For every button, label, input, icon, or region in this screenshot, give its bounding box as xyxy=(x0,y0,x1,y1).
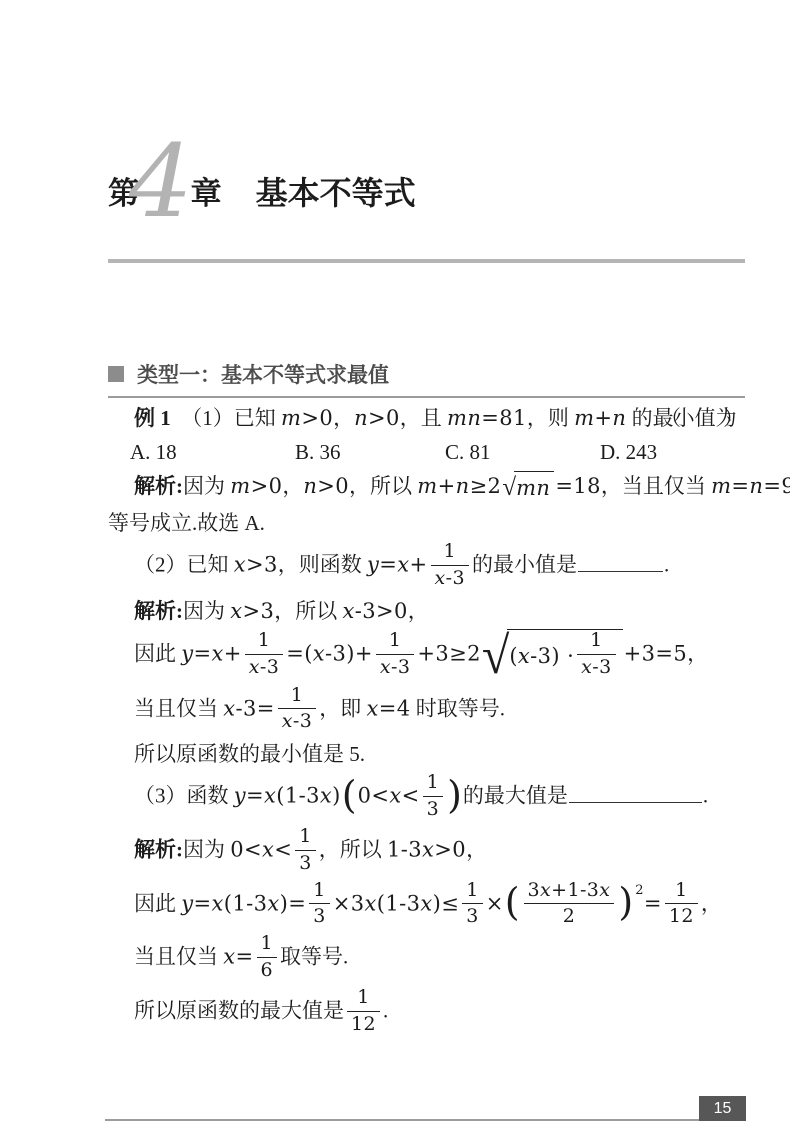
text-run: ，当且仅当 xyxy=(601,474,711,498)
choice-option: B. 36 xyxy=(295,437,445,467)
answer-parentheses: （ ） xyxy=(660,403,744,433)
math-run: × xyxy=(486,891,504,915)
math-run: n>0 xyxy=(354,406,400,430)
fraction: 13 xyxy=(295,825,316,875)
choice-option: A. 18 xyxy=(130,437,295,467)
fraction: 112 xyxy=(665,879,698,929)
text-run: ， xyxy=(466,838,487,862)
math-run: =(x-3)+ xyxy=(286,642,373,666)
text-run: 的最大值是 xyxy=(463,784,568,808)
math-run: (x-3) · xyxy=(509,641,574,671)
text-run: ，则函数 xyxy=(278,553,367,577)
big-paren-open: ( xyxy=(505,880,520,924)
fraction: 1x-3 xyxy=(431,540,469,590)
textbook-page: 第 4 章 基本不等式 类型一：基本不等式求最值 例 1 （1）已知 m>0，n… xyxy=(0,0,790,1127)
choice-options-row: A. 18B. 36C. 81D. 243 xyxy=(108,437,748,467)
math-run: = xyxy=(644,891,662,915)
text-run: ，则 xyxy=(527,406,574,430)
text-run: . xyxy=(703,784,708,808)
content-line: 等号成立.故选 A. xyxy=(108,508,748,538)
fraction: 1x-3 xyxy=(376,629,414,679)
fraction: 13 xyxy=(309,879,330,929)
square-bullet-icon xyxy=(108,366,124,382)
radicand: mn xyxy=(514,471,554,503)
text-run: 取等号. xyxy=(280,945,348,969)
chapter-suffix: 章 xyxy=(191,168,222,213)
chapter-header: 第 4 章 基本不等式 xyxy=(108,168,745,263)
text-run: ， xyxy=(701,891,722,915)
math-run: m>0 xyxy=(230,474,282,498)
superscript: 2 xyxy=(635,883,644,898)
content-line: 所以原函数的最小值是 5. xyxy=(108,739,748,769)
math-run: +3=5 xyxy=(624,642,688,666)
section-heading: 类型一：基本不等式求最值 xyxy=(108,359,745,398)
content-body: 例 1 （1）已知 m>0，n>0，且 mn=81，则 m+n 的最小值为（ ）… xyxy=(108,399,748,1038)
math-run: m>0 xyxy=(281,406,333,430)
text-run: 当且仅当 xyxy=(134,945,223,969)
fraction: 1x-3 xyxy=(245,629,283,679)
fraction: 1x-3 xyxy=(577,629,615,679)
content-line: 因此 y=x+1x-3=(x-3)+1x-3+3≥2√(x-3) · 1x-3+… xyxy=(108,630,748,682)
text-run: ，所以 xyxy=(319,838,387,862)
sqrt-expression: √mn xyxy=(502,471,554,503)
math-run: x-3>0 xyxy=(343,599,408,623)
fraction: 1x-3 xyxy=(278,684,316,734)
text-run: 因为 xyxy=(183,474,230,498)
content-line: 当且仅当 x-3=1x-3，即 x=4 时取等号. xyxy=(108,686,748,736)
content-line: 解析:因为 x>3，所以 x-3>0， xyxy=(108,596,748,626)
math-run: x>3 xyxy=(230,599,274,623)
content-line: 例 1 （1）已知 m>0，n>0，且 mn=81，则 m+n 的最小值为（ ） xyxy=(108,403,748,433)
text-run: （2）已知 xyxy=(134,553,234,577)
math-run: 0<x< xyxy=(230,838,292,862)
math-run: y=x(1-3x) xyxy=(234,784,341,808)
text-run: ， xyxy=(333,406,354,430)
math-run: +3≥2 xyxy=(417,642,481,666)
content-line: 当且仅当 x=16取等号. xyxy=(108,934,748,984)
text-run: 因此 xyxy=(134,642,181,666)
text-run: 因为 xyxy=(183,838,230,862)
chapter-divider-rule xyxy=(108,259,745,263)
text-run: 因为 xyxy=(183,599,230,623)
text-run: . xyxy=(383,999,388,1023)
text-run: （3）函数 xyxy=(134,784,234,808)
answer-blank xyxy=(578,549,663,572)
text-run: ， xyxy=(408,599,429,623)
math-run: mn xyxy=(516,473,550,503)
math-run: mn=81 xyxy=(447,406,527,430)
math-run: =18 xyxy=(555,474,601,498)
text-run: ，即 xyxy=(319,696,366,720)
big-paren-close: ) xyxy=(618,880,633,924)
math-run: y=x+ xyxy=(181,642,242,666)
content-line: 所以原函数的最大值是112. xyxy=(108,988,748,1038)
math-run: m=n=9 xyxy=(711,474,790,498)
math-run: 1-3x>0 xyxy=(387,838,466,862)
fraction: 3x+1-3x2 xyxy=(524,879,615,929)
answer-blank xyxy=(569,780,702,803)
math-run: n>0 xyxy=(303,474,349,498)
text-run: ， xyxy=(687,642,708,666)
text-run: 所以原函数的最大值是 xyxy=(134,999,344,1023)
content-line: 因此 y=x(1-3x)=13×3x(1-3x)≤13×(3x+1-3x2)2=… xyxy=(108,881,748,931)
fraction: 112 xyxy=(347,986,380,1036)
math-run: y=x+ xyxy=(367,553,428,577)
math-run: x>3 xyxy=(234,553,278,577)
math-run: 0<x< xyxy=(358,784,420,808)
radical-sign: √ xyxy=(482,628,509,681)
math-run: ×3x(1-3x)≤ xyxy=(333,891,459,915)
bold-label: 解析: xyxy=(134,474,183,498)
page-number-badge: 15 xyxy=(699,1096,746,1121)
text-run: 当且仅当 xyxy=(134,696,223,720)
text-run: ，所以 xyxy=(349,474,417,498)
content-line: 解析:因为 0<x<13，所以 1-3x>0， xyxy=(108,827,748,877)
math-run: x=4 xyxy=(366,696,410,720)
content-line: 解析:因为 m>0，n>0，所以 m+n≥2√mn=18，当且仅当 m=n=9 … xyxy=(108,471,748,504)
section-title: 类型一：基本不等式求最值 xyxy=(137,359,389,389)
content-line: （3）函数 y=x(1-3x)(0<x<13)的最大值是. xyxy=(108,773,748,823)
fraction: 16 xyxy=(257,932,278,982)
big-paren-open: ( xyxy=(342,773,357,817)
text-run: 所以原函数的最小值是 5. xyxy=(134,742,365,766)
choice-option: C. 81 xyxy=(445,437,600,467)
radicand: (x-3) · 1x-3 xyxy=(507,629,622,681)
content-line: （2）已知 x>3，则函数 y=x+1x-3的最小值是. xyxy=(108,542,748,592)
text-run: 时取等号. xyxy=(410,696,505,720)
math-run: y=x(1-3x)= xyxy=(181,891,306,915)
text-run: 因此 xyxy=(134,891,181,915)
chapter-title: 基本不等式 xyxy=(256,168,416,214)
text-run: . xyxy=(664,553,669,577)
choice-option: D. 243 xyxy=(600,437,657,467)
text-run: ， xyxy=(282,474,303,498)
math-run: x= xyxy=(223,945,253,969)
text-run: 等号成立.故选 A. xyxy=(108,511,265,535)
big-paren-close: ) xyxy=(447,773,462,817)
bold-label: 例 1 xyxy=(134,406,171,430)
text-run: （1）已知 xyxy=(171,406,281,430)
math-run: m+n xyxy=(574,406,626,430)
math-run: m+n≥2 xyxy=(417,474,501,498)
text-run: 的最小值是 xyxy=(472,553,577,577)
text-run: ，且 xyxy=(400,406,447,430)
bold-label: 解析: xyxy=(134,599,183,623)
footer-rule xyxy=(105,1119,746,1122)
math-run: x-3= xyxy=(223,696,275,720)
sqrt-expression: √(x-3) · 1x-3 xyxy=(482,629,623,681)
text-run: ，所以 xyxy=(274,599,342,623)
fraction: 13 xyxy=(423,771,444,821)
fraction: 13 xyxy=(462,879,483,929)
chapter-title-row: 第 4 章 基本不等式 xyxy=(108,168,745,250)
bold-label: 解析: xyxy=(134,838,183,862)
